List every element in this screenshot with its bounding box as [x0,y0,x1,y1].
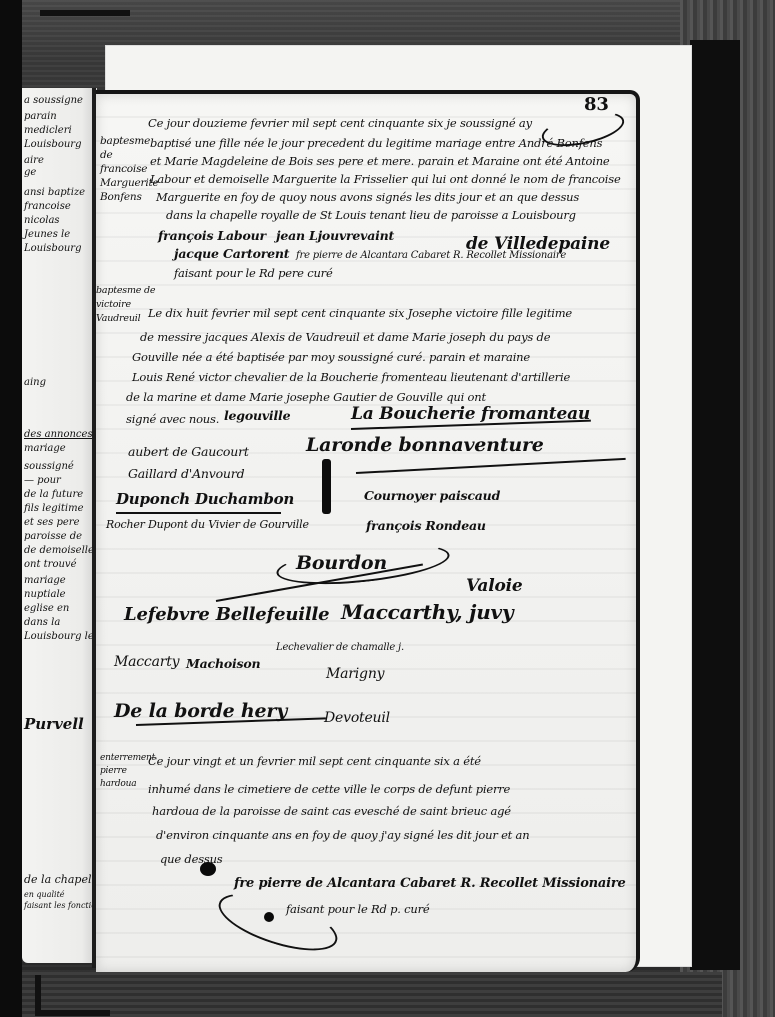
left-line: ansi baptize [24,186,85,199]
left-line: mariage [24,442,66,455]
margin-line: Marguerite [100,176,152,190]
entry-line: Gouville née a été baptisée par moy sous… [132,350,530,364]
left-line: paroisse de [24,530,82,543]
page-shadow-right [690,40,740,970]
entry-line: Labour et demoiselle Marguerite la Friss… [150,172,621,186]
signature: Duponch Duchambon [116,490,294,508]
left-line: de la chapelle [24,873,97,886]
left-page-fragment: a soussigne parain medicleri Louisbourg … [22,88,97,963]
margin-note: baptesme de francoise Marguerite Bonfens [100,134,152,204]
left-line: faisant les fonctions [24,899,97,912]
signature: jacque Cartorent [174,246,289,261]
left-line: Louisbourg [24,242,81,255]
signature: Devoteuil [324,710,390,726]
entry-line: Louis René victor chevalier de la Bouche… [132,370,570,384]
signature: Rocher Dupont du Vivier de Gourville [106,518,309,531]
left-line: a soussigne [24,94,83,107]
entry-line: Marguerite en foy de quoy nous avons sig… [156,190,579,204]
entry-line: hardoua de la paroisse de saint cas eves… [152,804,511,818]
entry-line: inhumé dans le cimetiere de cette ville … [148,782,510,796]
signature: fre pierre de Alcantara Cabaret R. Recol… [234,876,626,891]
left-line: fils legitime [24,502,84,515]
signature: Gaillard d'Anvourd [128,466,244,481]
ink-cross-mark [322,459,331,514]
left-line: ont trouvé [24,558,77,571]
signature: fre pierre de Alcantara Cabaret R. Recol… [296,250,566,261]
margin-note-burial: enterrement pierre hardoua [100,752,160,791]
left-line: et ses pere [24,516,80,529]
signature: Maccarty [114,654,179,670]
signature: Machoison [186,656,260,671]
signature: Cournoyer paiscaud [364,488,500,503]
left-line: medicleri [24,124,72,137]
frame-bracket-top [40,10,130,16]
entry-line: Ce jour douzieme fevrier mil sept cent c… [148,116,532,130]
entry-line: de la marine et dame Marie josephe Gauti… [126,390,486,404]
signature: françois Labour [158,228,266,243]
margin-line: baptesme [100,134,152,148]
left-signature: Purvell [24,718,84,731]
left-line: soussigné [24,460,74,473]
signature: aubert de Gaucourt [128,444,249,459]
margin-line: hardoua [100,778,160,791]
left-line: Louisbourg [24,138,81,151]
entry-line: Le dix huit fevrier mil sept cent cinqua… [148,306,572,320]
signature: Lechevalier de chamalle j. [276,642,404,653]
entry-line: de messire jacques Alexis de Vaudreuil e… [140,330,550,344]
signature: faisant pour le Rd pere curé [174,266,333,280]
entry-line: baptisé une fille née le jour precedent … [150,136,602,150]
signature: legouville [224,408,290,423]
frame-bracket-bottom-horizontal [35,1010,110,1016]
left-line: nicolas [24,214,60,227]
left-line: des annonces [24,428,93,441]
signature: Laronde bonnaventure [306,434,544,456]
left-line: mariage [24,574,66,587]
margin-line: Bonfens [100,190,152,204]
frame-bracket-bottom [35,975,41,1015]
left-line: eglise en [24,602,69,615]
margin-line: baptesme de [96,284,166,298]
signature: Maccarthy, juvy [341,600,513,624]
entry-line: dans la chapelle royalle de St Louis ten… [166,208,576,222]
scanner-left-edge [0,0,22,1017]
left-line: Jeunes le [24,228,70,241]
left-line: — pour [24,474,61,487]
ink-blot [264,912,274,922]
signature: françois Rondeau [366,518,486,533]
margin-line: enterrement [100,752,160,765]
left-line: Louisbourg les [24,630,97,643]
entry-line: Ce jour vingt et un fevrier mil sept cen… [148,754,481,768]
left-line: de la future [24,488,83,501]
left-line: francoise [24,200,71,213]
margin-line: pierre [100,765,160,778]
entry-line: et Marie Magdeleine de Bois ses pere et … [150,154,610,168]
signature: Valoie [466,576,523,596]
signature: Lefebvre Bellefeuille [124,604,329,625]
left-line: aing [24,376,46,389]
ink-blot [200,862,216,876]
left-line: dans la [24,616,60,629]
register-page: 83 baptesme de francoise Marguerite Bonf… [96,90,640,972]
margin-line: de francoise [100,148,152,176]
entry-line: signé avec nous. [126,412,219,426]
left-line: parain [24,110,57,123]
scanner-bottom-surface [22,972,722,1017]
left-line: ge [24,166,36,179]
signature: Marigny [326,666,384,682]
entry-line: d'environ cinquante ans en foy de quoy j… [156,828,529,842]
left-line: de demoiselle [24,544,94,557]
signature: jean Ljouvrevaint [276,228,394,243]
signature-underline [116,512,281,514]
left-line: nuptiale [24,588,66,601]
